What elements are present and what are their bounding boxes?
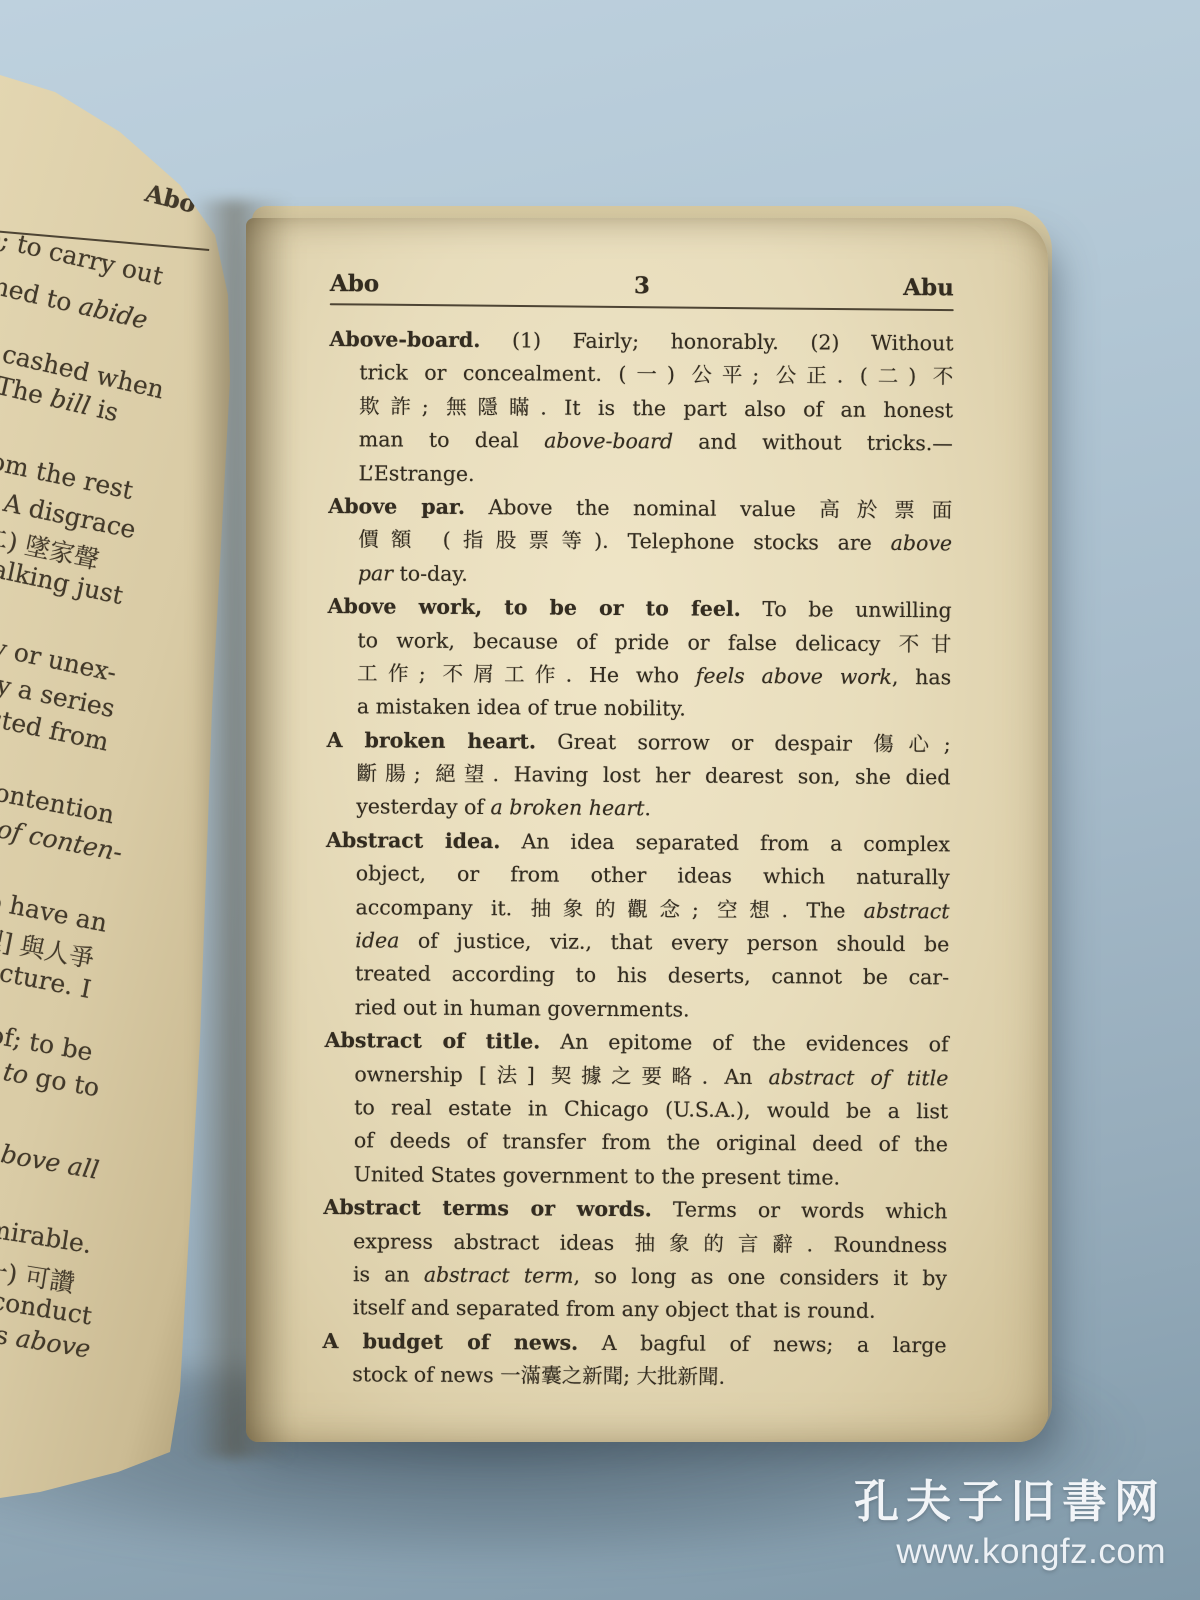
right-page-content: Abo 3 Abu Above-board. (1) Fairly; honor… [322, 270, 954, 1396]
entry-line: to work, because of pride or false delic… [357, 624, 951, 662]
entry-term: Above par. [328, 494, 465, 519]
entry-text: mirable. [0, 1214, 94, 1259]
entry-text: Terms or words which [652, 1197, 948, 1223]
gutter-shadow [192, 200, 292, 1458]
entry-text: mined to [0, 264, 83, 319]
entry-text: . [644, 797, 651, 821]
entry-term: A budget of news. [322, 1329, 578, 1355]
entry-text: idea [355, 928, 399, 952]
entry-line: yesterday of a broken heart. [356, 791, 950, 829]
entry-line: 欺詐; 無隱瞞. It is the part also of an hones… [359, 390, 953, 428]
watermark-site-name: 孔夫子旧書网 [854, 1465, 1166, 1530]
entry-line: a mistaken idea of true nobility. [357, 690, 951, 728]
entry-text: man to deal [359, 427, 544, 452]
entry-text: express abstract ideas 抽象的言辭. Roundness [353, 1229, 947, 1257]
entry-text: ownership [法] 契據之要略. An [354, 1062, 768, 1089]
entry-line: L’Estrange. [358, 457, 952, 495]
watermark-url: www.kongfz.com [854, 1532, 1166, 1572]
entry-line: 斷腸; 絕望. Having lost her dearest son, she… [356, 757, 950, 795]
entry-text: is [87, 392, 122, 427]
dictionary-entry: Above-board. (1) Fairly; honorably. (2) … [328, 323, 953, 494]
entry-line: 工作; 不屑工作. He who feels above work, has [357, 657, 951, 695]
entry-text: abstract [864, 898, 950, 923]
entry-line: treated according to his deserts, cannot… [355, 958, 949, 996]
entry-text: , has [892, 665, 951, 689]
dictionary-entry: Abstract of title. An epitome of the evi… [324, 1024, 949, 1195]
left-page-fragment: Above all [0, 1136, 101, 1185]
entry-line: ownership [法] 契據之要略. An abstract of titl… [354, 1058, 948, 1096]
dictionary-entry: Abstract idea. An idea separated from a … [325, 824, 950, 1029]
entry-text: United States government to the present … [354, 1162, 841, 1189]
entry-text: An epitome of the evidences of [540, 1030, 948, 1057]
entry-text: To be unwilling [741, 597, 952, 622]
entry-line: of deeds of transfer from the original d… [354, 1125, 948, 1163]
entry-text: accompany it. 抽象的觀念; 空想. The [355, 895, 863, 923]
entry-line: express abstract ideas 抽象的言辭. Roundness [353, 1225, 947, 1263]
entry-line: accompany it. 抽象的觀念; 空想. The abstract [355, 891, 949, 929]
entry-line: A budget of news. A bagful of news; a la… [322, 1325, 946, 1363]
entry-text: abstract of title [768, 1065, 948, 1090]
entry-term: Abstract terms or words. [323, 1195, 652, 1221]
guide-word-right: Abu [746, 273, 954, 301]
entry-line: object, or from other ideas which natura… [356, 857, 950, 895]
entry-line: Above work, to be or to feel. To be unwi… [328, 590, 952, 628]
entry-line: Abstract idea. An idea separated from a … [326, 824, 950, 862]
entry-line: trick or concealment. (一) 公平; 公正. (二) 不 [359, 357, 953, 395]
entry-text: abstract term [424, 1263, 574, 1288]
entry-text: par [358, 561, 393, 585]
entry-term: Abstract idea. [326, 828, 501, 853]
running-head: Abo 3 Abu [330, 270, 954, 301]
entry-text: go to [26, 1061, 102, 1102]
dictionary-entry: A budget of news. A bagful of news; a la… [322, 1325, 946, 1396]
left-page-fragment: mirable. [0, 1214, 94, 1259]
entry-text: stock of news 一滿囊之新聞; 大批新聞. [352, 1362, 725, 1389]
entry-line: Above-board. (1) Fairly; honorably. (2) … [329, 323, 953, 361]
right-page: Abo 3 Abu Above-board. (1) Fairly; honor… [246, 218, 1048, 1442]
entry-text: a broken heart [490, 796, 644, 821]
entry-text: to-day. [393, 561, 468, 586]
entry-line: idea of justice, viz., that every person… [355, 924, 949, 962]
entry-text: and without tricks.— [673, 430, 953, 456]
entry-text: 斷腸; 絕望. Having lost her dearest son, she… [356, 761, 950, 789]
entry-text: to real estate in Chicago (U.S.A.), woul… [354, 1095, 948, 1123]
entry-line: man to deal above-board and without tric… [359, 423, 953, 461]
entry-text: A bagful of news; a large [578, 1330, 947, 1357]
entry-line: A broken heart. Great sorrow or despair … [327, 724, 951, 762]
dictionary-entry: Abstract terms or words. Terms or words … [323, 1191, 948, 1329]
dictionary-entry: Above par. Above the nominal value 高於票面價… [328, 490, 953, 595]
entry-text: object, or from other ideas which natura… [356, 861, 950, 889]
dictionary-entry: Above work, to be or to feel. To be unwi… [327, 590, 952, 728]
entry-text: abide [76, 291, 150, 335]
entry-text: bill [48, 383, 93, 420]
entry-text: feels above work [696, 663, 892, 688]
entry-text: itself and separated from any object tha… [353, 1296, 876, 1324]
entry-text: a mistaken idea of true nobility. [357, 694, 686, 720]
entry-text: treated according to his deserts, cannot… [355, 962, 949, 990]
entry-line: to real estate in Chicago (U.S.A.), woul… [354, 1091, 948, 1129]
entry-text: ried out in human governments. [355, 995, 690, 1021]
entry-text: above-board [544, 429, 673, 454]
entry-text: (1) Fairly; honorably. (2) Without [480, 328, 953, 355]
page-number: 3 [538, 271, 746, 299]
entry-term: A broken heart. [327, 728, 536, 753]
entry-text: above [14, 1323, 93, 1363]
dictionary-entry: A broken heart. Great sorrow or despair … [326, 724, 951, 829]
entry-text: to work, because of pride or false delic… [357, 628, 951, 656]
entry-text: Great sorrow or despair 傷心; [536, 729, 951, 756]
entry-line: 價額 (指股票等). Telephone stocks are above [358, 524, 952, 562]
entry-line: is an abstract term, so long as one cons… [353, 1258, 947, 1296]
entry-text: L’Estrange. [359, 461, 475, 486]
entry-term: Above-board. [329, 327, 480, 352]
entry-line: Abstract terms or words. Terms or words … [323, 1191, 947, 1229]
entry-text: yesterday of [356, 795, 490, 820]
entries: Above-board. (1) Fairly; honorably. (2) … [322, 323, 953, 1396]
entry-text: of deeds of transfer from the original d… [354, 1129, 948, 1157]
entry-text: trick or concealment. (一) 公平; 公正. (二) 不 [359, 361, 953, 389]
entry-text: is an [353, 1262, 424, 1286]
entry-text: 欺詐; 無隱瞞. It is the part also of an hones… [359, 394, 953, 422]
guide-word-left: Abo [330, 270, 538, 298]
entry-term: Abstract of title. [325, 1028, 541, 1054]
entry-text: , so long as one considers it by [573, 1264, 947, 1291]
entry-line: United States government to the present … [354, 1158, 948, 1196]
entry-text: above [891, 531, 953, 555]
entry-text: of justice, viz., that every person shou… [399, 929, 949, 957]
entry-text: Above the nominal value 高於票面 [465, 495, 952, 522]
entry-line: par to-day. [358, 557, 952, 595]
entry-text: An idea separated from a complex [500, 829, 950, 856]
photo-of-open-dictionary: Abo 3 Abu Above-board. (1) Fairly; honor… [0, 0, 1200, 1600]
entry-line: Above par. Above the nominal value 高於票面 [328, 490, 952, 528]
left-guide-word: Abo [142, 178, 199, 219]
entry-line: stock of news 一滿囊之新聞; 大批新聞. [352, 1358, 946, 1396]
entry-text: Above all [0, 1136, 101, 1185]
entry-text: 工作; 不屑工作. He who [357, 661, 696, 687]
entry-text: 價額 (指股票等). Telephone stocks are [358, 528, 891, 556]
watermark: 孔夫子旧書网 www.kongfz.com [854, 1465, 1166, 1572]
header-rule [330, 303, 954, 311]
entry-line: ried out in human governments. [355, 991, 949, 1029]
entry-term: Above work, to be or to feel. [328, 594, 741, 621]
entry-line: Abstract of title. An epitome of the evi… [325, 1024, 949, 1062]
entry-line: itself and separated from any object tha… [353, 1292, 947, 1330]
